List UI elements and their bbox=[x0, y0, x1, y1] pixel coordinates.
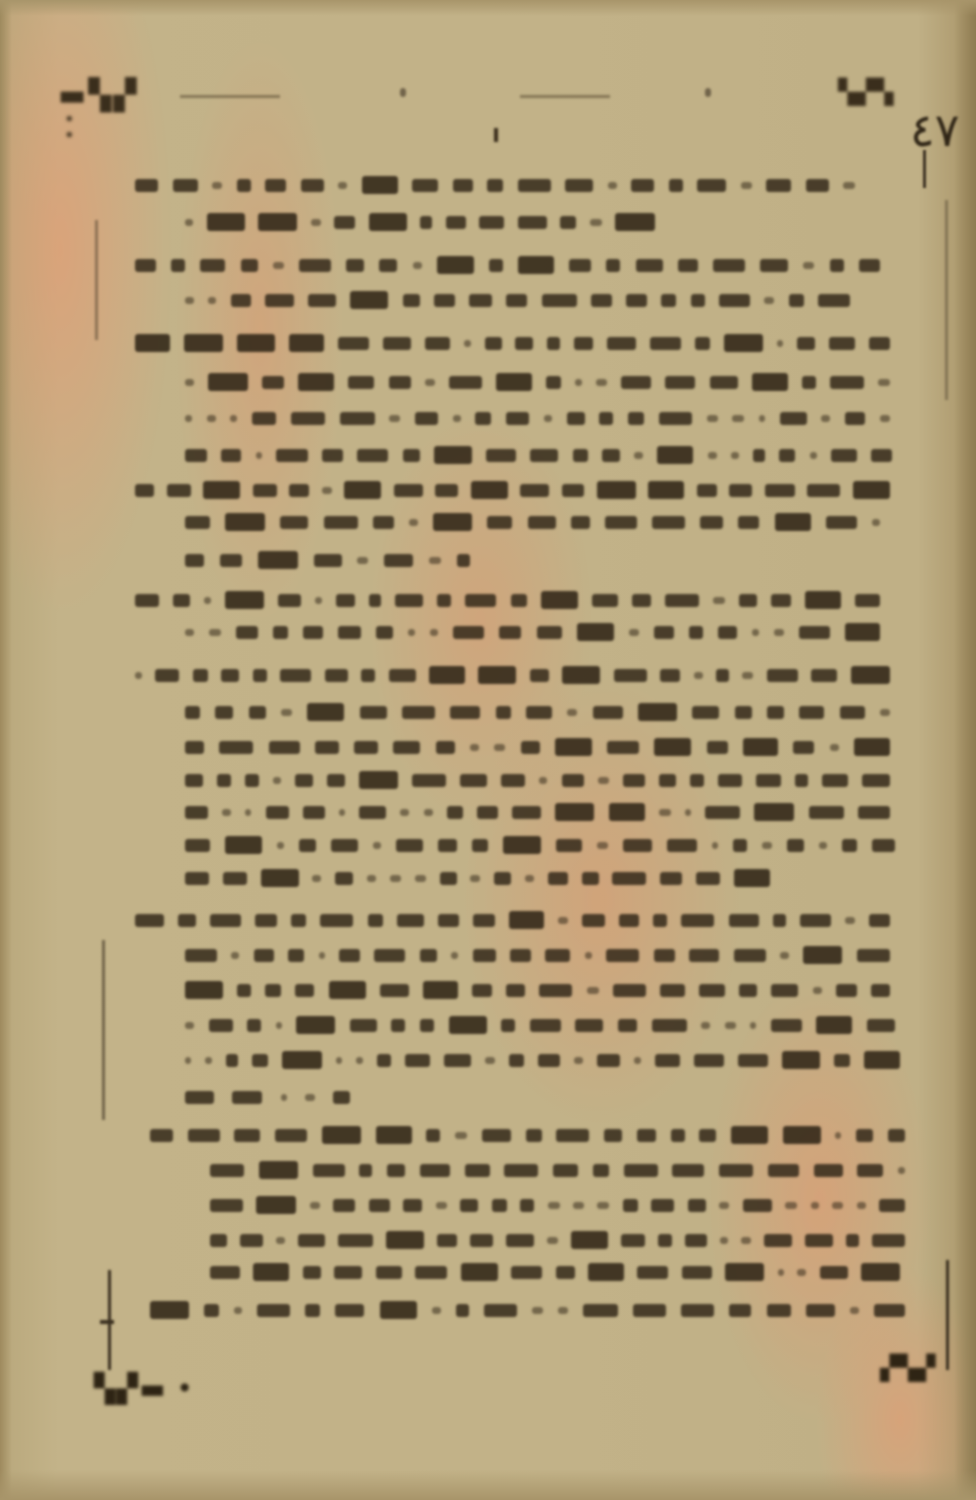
word-glyph bbox=[273, 262, 284, 269]
word-glyph bbox=[530, 449, 558, 462]
running-header-left-mark: •• bbox=[64, 112, 75, 144]
word-glyph bbox=[496, 706, 511, 719]
word-glyph bbox=[470, 1234, 493, 1247]
text-line bbox=[135, 175, 855, 195]
word-glyph bbox=[465, 1164, 490, 1177]
word-glyph bbox=[633, 1304, 666, 1317]
word-glyph bbox=[334, 1266, 362, 1279]
word-glyph bbox=[713, 259, 745, 272]
word-glyph bbox=[605, 516, 637, 529]
word-glyph bbox=[713, 597, 725, 604]
word-glyph bbox=[705, 806, 740, 819]
word-glyph bbox=[311, 219, 321, 226]
word-glyph bbox=[185, 981, 223, 999]
word-glyph bbox=[857, 949, 890, 962]
word-glyph bbox=[376, 626, 393, 639]
word-glyph bbox=[619, 914, 639, 927]
word-glyph bbox=[623, 774, 645, 787]
word-glyph bbox=[185, 297, 194, 304]
word-glyph bbox=[276, 1237, 285, 1244]
word-glyph bbox=[741, 1237, 751, 1244]
word-glyph bbox=[767, 1304, 791, 1317]
word-glyph bbox=[335, 1304, 364, 1317]
word-glyph bbox=[602, 449, 620, 462]
word-glyph bbox=[509, 911, 544, 929]
word-glyph bbox=[688, 1199, 706, 1212]
word-glyph bbox=[632, 594, 651, 607]
page-edge-left bbox=[0, 0, 12, 1500]
word-glyph bbox=[621, 376, 651, 389]
word-glyph bbox=[556, 1129, 589, 1142]
word-glyph bbox=[485, 1057, 495, 1064]
word-glyph bbox=[184, 334, 223, 352]
word-glyph bbox=[408, 629, 415, 636]
word-glyph bbox=[450, 706, 480, 719]
word-glyph bbox=[779, 449, 795, 462]
word-glyph bbox=[265, 294, 294, 307]
word-glyph bbox=[733, 839, 747, 852]
word-glyph bbox=[694, 672, 703, 679]
word-glyph bbox=[765, 484, 795, 497]
word-glyph bbox=[373, 516, 394, 529]
word-glyph bbox=[295, 984, 314, 997]
text-line bbox=[185, 512, 880, 532]
word-glyph bbox=[484, 1304, 517, 1317]
word-glyph bbox=[689, 626, 703, 639]
word-glyph bbox=[719, 1164, 753, 1177]
word-glyph bbox=[814, 1164, 843, 1177]
word-glyph bbox=[185, 379, 194, 386]
word-glyph bbox=[278, 594, 301, 607]
word-glyph bbox=[771, 984, 798, 997]
word-glyph bbox=[298, 1234, 325, 1247]
word-glyph bbox=[258, 213, 297, 231]
word-glyph bbox=[659, 412, 692, 425]
word-glyph bbox=[281, 709, 292, 716]
word-glyph bbox=[173, 179, 198, 192]
word-glyph bbox=[771, 594, 791, 607]
word-glyph bbox=[389, 669, 416, 682]
word-glyph bbox=[637, 1129, 656, 1142]
word-glyph bbox=[207, 213, 245, 231]
word-glyph bbox=[185, 1022, 194, 1029]
text-line bbox=[185, 737, 890, 757]
word-glyph bbox=[361, 669, 375, 682]
word-glyph bbox=[708, 452, 717, 459]
word-glyph bbox=[320, 914, 353, 927]
word-glyph bbox=[510, 949, 531, 962]
word-glyph bbox=[420, 1164, 450, 1177]
word-glyph bbox=[387, 1164, 405, 1177]
word-glyph bbox=[185, 449, 207, 462]
word-glyph bbox=[667, 839, 697, 852]
word-glyph bbox=[434, 294, 455, 307]
word-glyph bbox=[729, 1304, 751, 1317]
word-glyph bbox=[322, 1126, 361, 1144]
word-glyph bbox=[789, 294, 804, 307]
word-glyph bbox=[185, 839, 210, 852]
text-line bbox=[185, 1015, 895, 1035]
word-glyph bbox=[724, 334, 763, 352]
word-glyph bbox=[807, 484, 840, 497]
text-line bbox=[185, 550, 470, 570]
word-glyph bbox=[593, 1164, 609, 1177]
margin-rule-left bbox=[102, 940, 105, 1120]
word-glyph bbox=[240, 1234, 263, 1247]
word-glyph bbox=[575, 1019, 603, 1032]
word-glyph bbox=[567, 709, 577, 716]
word-glyph bbox=[681, 1304, 714, 1317]
word-glyph bbox=[221, 449, 241, 462]
word-glyph bbox=[888, 1129, 905, 1142]
word-glyph bbox=[457, 554, 470, 567]
word-glyph bbox=[359, 771, 398, 789]
text-line bbox=[185, 868, 770, 888]
word-glyph bbox=[225, 513, 265, 531]
word-glyph bbox=[541, 591, 578, 609]
word-glyph bbox=[296, 1016, 335, 1034]
word-glyph bbox=[209, 1019, 233, 1032]
word-glyph bbox=[629, 629, 639, 636]
word-glyph bbox=[874, 1304, 905, 1317]
word-glyph bbox=[712, 842, 718, 849]
page-number-rule bbox=[923, 150, 926, 188]
word-glyph bbox=[840, 706, 865, 719]
word-glyph bbox=[394, 484, 423, 497]
word-glyph bbox=[469, 294, 492, 307]
word-glyph bbox=[700, 516, 723, 529]
header-rule bbox=[520, 95, 610, 98]
word-glyph bbox=[464, 340, 471, 347]
word-glyph bbox=[185, 949, 217, 962]
word-glyph bbox=[811, 1202, 819, 1209]
word-glyph bbox=[155, 669, 179, 682]
word-glyph bbox=[478, 666, 516, 684]
word-glyph bbox=[210, 914, 241, 927]
word-glyph bbox=[435, 484, 458, 497]
word-glyph bbox=[735, 706, 752, 719]
word-glyph bbox=[460, 774, 487, 787]
header-ornament bbox=[400, 88, 406, 97]
word-glyph bbox=[782, 1051, 820, 1069]
word-glyph bbox=[178, 914, 196, 927]
word-glyph bbox=[252, 1054, 268, 1067]
word-glyph bbox=[444, 1054, 471, 1067]
word-glyph bbox=[230, 415, 237, 422]
word-glyph bbox=[348, 376, 374, 389]
word-glyph bbox=[854, 738, 890, 756]
word-glyph bbox=[842, 839, 857, 852]
text-line bbox=[185, 408, 890, 428]
word-glyph bbox=[685, 809, 691, 816]
word-glyph bbox=[334, 216, 355, 229]
word-glyph bbox=[215, 706, 233, 719]
word-glyph bbox=[185, 706, 200, 719]
word-glyph bbox=[718, 774, 742, 787]
word-glyph bbox=[562, 484, 584, 497]
word-glyph bbox=[843, 182, 855, 189]
word-glyph bbox=[774, 629, 784, 636]
word-glyph bbox=[501, 1019, 515, 1032]
word-glyph bbox=[257, 1304, 290, 1317]
word-glyph bbox=[374, 949, 405, 962]
word-glyph bbox=[869, 914, 890, 927]
word-glyph bbox=[291, 412, 325, 425]
word-glyph bbox=[689, 949, 719, 962]
word-glyph bbox=[289, 334, 324, 352]
header-rule bbox=[180, 95, 280, 98]
page-edge-bottom bbox=[0, 1470, 976, 1500]
word-glyph bbox=[212, 182, 222, 189]
word-glyph bbox=[862, 774, 890, 787]
word-glyph bbox=[185, 516, 210, 529]
word-glyph bbox=[303, 626, 323, 639]
word-glyph bbox=[582, 872, 599, 885]
word-glyph bbox=[697, 179, 726, 192]
document-page: ▬▚▞ •• ▚▞▚ ٤٧ [illegible] [illegible] ▚▞… bbox=[0, 0, 976, 1500]
word-glyph bbox=[322, 449, 343, 462]
word-glyph bbox=[367, 875, 376, 882]
word-glyph bbox=[659, 809, 671, 816]
word-glyph bbox=[800, 914, 831, 927]
word-glyph bbox=[379, 259, 397, 272]
word-glyph bbox=[369, 1199, 390, 1212]
word-glyph bbox=[357, 449, 388, 462]
word-glyph bbox=[690, 774, 704, 787]
word-glyph bbox=[653, 914, 667, 927]
word-glyph bbox=[795, 774, 808, 787]
word-glyph bbox=[362, 176, 398, 194]
word-glyph bbox=[701, 1022, 710, 1029]
text-line bbox=[135, 590, 880, 610]
word-glyph bbox=[496, 373, 532, 391]
word-glyph bbox=[832, 1202, 843, 1209]
text-line bbox=[210, 1230, 905, 1250]
word-glyph bbox=[315, 741, 339, 754]
word-glyph bbox=[438, 914, 459, 927]
word-glyph bbox=[597, 1202, 609, 1209]
word-glyph bbox=[599, 412, 613, 425]
word-glyph bbox=[692, 706, 719, 719]
word-glyph bbox=[845, 412, 865, 425]
word-glyph bbox=[872, 519, 880, 526]
word-glyph bbox=[339, 949, 360, 962]
word-glyph bbox=[208, 373, 248, 391]
word-glyph bbox=[338, 182, 347, 189]
word-glyph bbox=[518, 256, 554, 274]
word-glyph bbox=[313, 1164, 345, 1177]
word-glyph bbox=[582, 914, 605, 927]
word-glyph bbox=[775, 513, 811, 531]
word-glyph bbox=[487, 516, 512, 529]
word-glyph bbox=[710, 376, 738, 389]
word-glyph bbox=[880, 709, 890, 716]
word-glyph bbox=[607, 741, 639, 754]
word-glyph bbox=[756, 774, 781, 787]
word-glyph bbox=[276, 1022, 282, 1029]
word-glyph bbox=[420, 1019, 434, 1032]
word-glyph bbox=[429, 557, 441, 564]
word-glyph bbox=[538, 1054, 560, 1067]
word-glyph bbox=[732, 415, 744, 422]
word-glyph bbox=[526, 1129, 542, 1142]
word-glyph bbox=[864, 1051, 900, 1069]
word-glyph bbox=[777, 340, 783, 347]
word-glyph bbox=[593, 706, 623, 719]
word-glyph bbox=[275, 1129, 307, 1142]
word-glyph bbox=[477, 806, 498, 819]
word-glyph bbox=[752, 629, 759, 636]
word-glyph bbox=[574, 1057, 583, 1064]
word-glyph bbox=[307, 703, 344, 721]
word-glyph bbox=[473, 914, 495, 927]
word-glyph bbox=[588, 1263, 624, 1281]
word-glyph bbox=[314, 554, 342, 567]
word-glyph bbox=[465, 594, 496, 607]
word-glyph bbox=[742, 672, 753, 679]
word-glyph bbox=[696, 872, 720, 885]
word-glyph bbox=[245, 774, 259, 787]
word-glyph bbox=[223, 872, 247, 885]
word-glyph bbox=[652, 1019, 687, 1032]
word-glyph bbox=[460, 1199, 478, 1212]
word-glyph bbox=[470, 875, 480, 882]
word-glyph bbox=[231, 294, 251, 307]
word-glyph bbox=[234, 1307, 242, 1314]
word-glyph bbox=[437, 594, 451, 607]
word-glyph bbox=[753, 449, 765, 462]
word-glyph bbox=[743, 738, 778, 756]
word-glyph bbox=[803, 262, 814, 269]
word-glyph bbox=[734, 949, 766, 962]
word-glyph bbox=[609, 803, 645, 821]
word-glyph bbox=[486, 449, 516, 462]
word-glyph bbox=[391, 1019, 405, 1032]
word-glyph bbox=[303, 806, 325, 819]
word-glyph bbox=[173, 594, 190, 607]
word-glyph bbox=[810, 452, 817, 459]
word-glyph bbox=[350, 291, 388, 309]
word-glyph bbox=[743, 1199, 772, 1212]
word-glyph bbox=[396, 839, 423, 852]
word-glyph bbox=[420, 949, 437, 962]
word-glyph bbox=[598, 777, 609, 784]
word-glyph bbox=[731, 1126, 768, 1144]
word-glyph bbox=[830, 376, 864, 389]
word-glyph bbox=[836, 984, 857, 997]
word-glyph bbox=[369, 213, 407, 231]
word-glyph bbox=[384, 554, 413, 567]
word-glyph bbox=[185, 741, 204, 754]
word-glyph bbox=[200, 259, 225, 272]
word-glyph bbox=[188, 1129, 220, 1142]
word-glyph bbox=[203, 481, 240, 499]
word-glyph bbox=[437, 256, 474, 274]
word-glyph bbox=[750, 1022, 756, 1029]
word-glyph bbox=[219, 741, 253, 754]
word-glyph bbox=[258, 551, 298, 569]
word-glyph bbox=[509, 1054, 524, 1067]
word-glyph bbox=[771, 1019, 802, 1032]
word-glyph bbox=[210, 1199, 243, 1212]
word-glyph bbox=[210, 1266, 240, 1279]
word-glyph bbox=[356, 1057, 363, 1064]
word-glyph bbox=[518, 216, 547, 229]
word-glyph bbox=[729, 914, 759, 927]
word-glyph bbox=[389, 415, 400, 422]
word-glyph bbox=[231, 952, 239, 959]
footer-signature: ▞▚▞ bbox=[880, 1354, 935, 1382]
page-number: ٤٧ bbox=[910, 110, 959, 150]
word-glyph bbox=[208, 297, 216, 304]
word-glyph bbox=[276, 449, 308, 462]
word-glyph bbox=[472, 984, 492, 997]
word-glyph bbox=[831, 449, 857, 462]
word-glyph bbox=[797, 1269, 806, 1276]
word-glyph bbox=[167, 484, 191, 497]
word-glyph bbox=[766, 179, 791, 192]
word-glyph bbox=[560, 216, 576, 229]
word-glyph bbox=[344, 481, 381, 499]
word-glyph bbox=[413, 262, 422, 269]
word-glyph bbox=[281, 1094, 287, 1101]
word-glyph bbox=[816, 1016, 852, 1034]
word-glyph bbox=[390, 875, 401, 882]
word-glyph bbox=[380, 984, 409, 997]
margin-rule-right bbox=[945, 200, 948, 400]
word-glyph bbox=[612, 872, 646, 885]
word-glyph bbox=[472, 839, 488, 852]
word-glyph bbox=[403, 1199, 422, 1212]
text-line bbox=[185, 770, 890, 790]
text-line bbox=[185, 372, 890, 392]
header-ornament bbox=[705, 88, 711, 97]
word-glyph bbox=[738, 516, 759, 529]
word-glyph bbox=[333, 1199, 355, 1212]
word-glyph bbox=[583, 1304, 618, 1317]
word-glyph bbox=[485, 337, 502, 350]
word-glyph bbox=[528, 516, 556, 529]
word-glyph bbox=[280, 516, 308, 529]
text-line bbox=[135, 665, 890, 685]
word-glyph bbox=[672, 1164, 704, 1177]
word-glyph bbox=[819, 842, 827, 849]
word-glyph bbox=[539, 984, 572, 997]
word-glyph bbox=[797, 337, 815, 350]
word-glyph bbox=[299, 839, 316, 852]
word-glyph bbox=[273, 777, 281, 784]
word-glyph bbox=[440, 872, 457, 885]
word-glyph bbox=[855, 594, 880, 607]
word-glyph bbox=[222, 809, 231, 816]
word-glyph bbox=[432, 1307, 441, 1314]
word-glyph bbox=[225, 591, 264, 609]
word-glyph bbox=[624, 1164, 658, 1177]
word-glyph bbox=[256, 1196, 296, 1214]
word-glyph bbox=[220, 554, 242, 567]
word-glyph bbox=[813, 987, 822, 994]
word-glyph bbox=[409, 519, 418, 526]
text-line bbox=[185, 1087, 350, 1107]
margin-rule-right bbox=[946, 1260, 949, 1370]
word-glyph bbox=[475, 412, 491, 425]
word-glyph bbox=[324, 516, 358, 529]
text-line bbox=[135, 333, 890, 353]
word-glyph bbox=[754, 803, 794, 821]
word-glyph bbox=[835, 1132, 841, 1139]
word-glyph bbox=[654, 738, 691, 756]
word-glyph bbox=[412, 774, 446, 787]
